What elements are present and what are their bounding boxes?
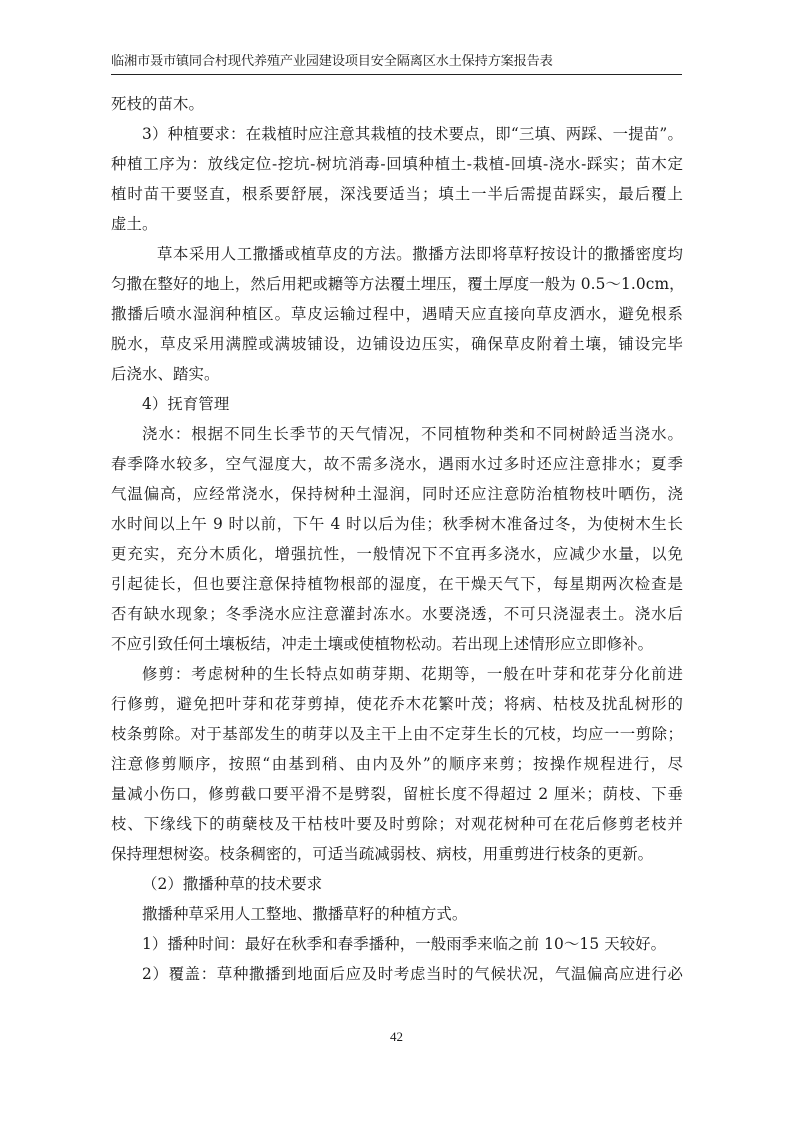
subheading-grass-seeding: （2）撒播种草的技术要求 <box>111 869 683 899</box>
text-line: 后浇水、踏实。 <box>111 359 683 389</box>
text-line: 春季降水较多，空气湿度大，故不需多浇水，遇雨水过多时还应注意排水；夏季 <box>111 449 683 479</box>
text-line: 注意修剪顺序，按照“由基到稍、由内及外”的顺序来剪；按操作规程进行，尽 <box>111 749 683 779</box>
page-header: 临湘市聂市镇同合村现代养殖产业园建设项目安全隔离区水土保持方案报告表 <box>111 54 682 75</box>
text-line: 行修剪，避免把叶芽和花芽剪掉，使花乔木花繁叶茂；将病、枯枝及扰乱树形的 <box>111 689 683 719</box>
text-line: 植时苗干要竖直，根系要舒展，深浅要适当；填土一半后需提苗踩实，最后覆上 <box>111 179 683 209</box>
page-number: 42 <box>0 1029 793 1045</box>
text-line: 不应引致任何土壤板结，冲走土壤或使植物松动。若出现上述情形应立即修补。 <box>111 629 683 659</box>
text-line: 否有缺水现象；冬季浇水应注意灌封冻水。水要浇透，不可只浇湿表土。浇水后 <box>111 599 683 629</box>
text-line: 量减小伤口，修剪截口要平滑不是劈裂，留桩长度不得超过 2 厘米；荫枝、下垂 <box>111 779 683 809</box>
body-text: 死枝的苗木。 3）种植要求：在栽植时应注意其栽植的技术要点，即“三填、两踩、一提… <box>111 89 683 989</box>
subheading-tending-management: 4）抚育管理 <box>111 389 683 419</box>
text-line: 更充实，充分木质化，增强抗性，一般情况下不宜再多浇水，应减少水量，以免 <box>111 539 683 569</box>
text-line: 撒播后喷水湿润种植区。草皮运输过程中，遇晴天应直接向草皮洒水，避免根系 <box>111 299 683 329</box>
text-line: 匀撒在整好的地上，然后用耙或耱等方法覆土埋压，覆土厚度一般为 0.5～1.0cm… <box>111 269 683 299</box>
text-line-sowing-time: 1）播种时间：最好在秋季和春季播种，一般雨季来临之前 10～15 天较好。 <box>111 929 683 959</box>
text-line: 虚土。 <box>111 209 683 239</box>
text-line: 撒播种草采用人工整地、撒播草籽的种植方式。 <box>111 899 683 929</box>
text-line-item-3-planting: 3）种植要求：在栽植时应注意其栽植的技术要点，即“三填、两踩、一提苗”。 <box>111 119 683 149</box>
text-line: 脱水，草皮采用满膛或满坡铺设，边铺设边压实，确保草皮附着土壤，铺设完毕 <box>111 329 683 359</box>
text-line: 引起徒长，但也要注意保持植物根部的湿度，在干燥天气下，每星期两次检查是 <box>111 569 683 599</box>
text-line: 气温偏高，应经常浇水，保持树种土湿润，同时还应注意防治植物枝叶晒伤，浇 <box>111 479 683 509</box>
text-line: 保持理想树姿。枝条稠密的，可适当疏减弱枝、病枝，用重剪进行枝条的更新。 <box>111 839 683 869</box>
text-line: 种植工序为：放线定位-挖坑-树坑消毒-回填种植土-栽植-回填-浇水-踩实；苗木定 <box>111 149 683 179</box>
text-line: 死枝的苗木。 <box>111 89 683 119</box>
document-title: 临湘市聂市镇同合村现代养殖产业园建设项目安全隔离区水土保持方案报告表 <box>111 54 553 69</box>
text-line-covering: 2）覆盖：草种撒播到地面后应及时考虑当时的气候状况，气温偏高应进行必 <box>111 959 683 989</box>
text-line-watering: 浇水：根据不同生长季节的天气情况，不同植物种类和不同树龄适当浇水。 <box>111 419 683 449</box>
text-line: 水时间以上午 9 时以前，下午 4 时以后为佳；秋季树木准备过冬，为使树木生长 <box>111 509 683 539</box>
text-line: 枝、下缘线下的萌蘖枝及干枯枝叶要及时剪除；对观花树种可在花后修剪老枝并 <box>111 809 683 839</box>
text-line-grass-paragraph: 草本采用人工撒播或植草皮的方法。撒播方法即将草籽按设计的撒播密度均 <box>111 239 683 269</box>
text-line-pruning: 修剪：考虑树种的生长特点如萌芽期、花期等，一般在叶芽和花芽分化前进 <box>111 659 683 689</box>
text-line: 枝条剪除。对于基部发生的萌芽以及主干上由不定芽生长的冗枝，均应一一剪除； <box>111 719 683 749</box>
